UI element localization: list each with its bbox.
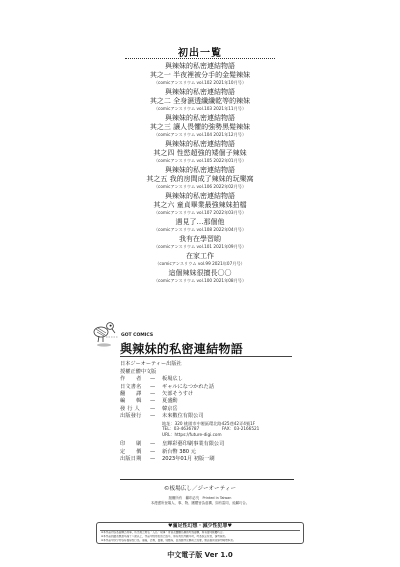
license-note: 授權正體中文版 (120, 369, 305, 377)
divider (120, 356, 292, 357)
bird-mascot-icon (86, 318, 120, 348)
credit-row: 出版發行 — 未來數位有限公司 (120, 413, 305, 420)
credit-row: 發 行 人 — 韓京岳 (120, 406, 305, 413)
publication-item: 與辣妹的私密連結物語 其之二 全身濕透纖纖乾等的辣妹 （comicアンスリウム … (0, 88, 400, 112)
credit-row: 印 刷 — 皇輝彩藝印刷事業有限公司 (120, 441, 305, 448)
divider (120, 479, 294, 480)
credit-key: 日文書名 (120, 384, 150, 391)
credit-row: 翻 譯 — 矢部そうすけ (120, 391, 305, 398)
credit-key: 編 輯 (120, 398, 150, 405)
source-note: （comicアンスリウム vol.104 2021年12月号） (0, 132, 400, 138)
publication-item: 遇見了…那個他 （comicアンスリウム vol.108 2022年04月号） (0, 218, 400, 233)
credit-dash: — (150, 398, 162, 405)
credit-value: 皇輝彩藝印刷事業有限公司 (162, 441, 224, 448)
credit-key: 出版發行 (120, 413, 150, 420)
fax: FAX：03-2166521 (222, 426, 259, 431)
notice-heading: ♥滿足性幻想・減少性犯罪♥ (100, 523, 300, 531)
tel: TEL：03-4636787 (162, 426, 199, 431)
credit-value: 板場広し (162, 376, 183, 383)
source-note: （comicアンスリウム vol.106 2022年02月号） (0, 184, 400, 190)
credit-dash: — (150, 441, 162, 448)
episode-title: 其之三 讓人畏懼的強勢黑髮辣妹 (0, 123, 400, 132)
credit-value: ギャルになつかれた話 (162, 384, 214, 391)
credit-key: 作 者 (120, 376, 150, 383)
credit-row: 日文書名 — ギャルになつかれた話 (120, 384, 305, 391)
credit-value: 2023年01月 初版一刷 (162, 456, 215, 463)
publication-item: 我有在學習喲 （comicアンスリウム vol.101 2021年09月号） (0, 235, 400, 250)
credit-row: 出版日期 — 2023年01月 初版一刷 (120, 456, 305, 463)
book-title: 與辣妹的私密連結物語 (120, 340, 243, 357)
publication-item: 與辣妹的私密連結物語 其之五 我的房間成了辣妹的玩樂窩 （comicアンスリウム… (0, 166, 400, 190)
episode-title: 其之五 我的房間成了辣妹的玩樂窩 (0, 175, 400, 184)
publication-item: 與辣妹的私密連結物語 其之三 讓人畏懼的強勢黑髮辣妹 （comicアンスリウム … (0, 114, 400, 138)
episode-title: 在家工作 (0, 252, 400, 261)
notice-box: ♥滿足性幻想・減少性犯罪♥ ※本作品內容為虛構之故事，所出現之地名・人名・故事・… (96, 522, 304, 544)
credit-dash: — (150, 391, 162, 398)
page-title: 初出一覧 (0, 44, 400, 59)
credit-key: 出版日期 (120, 456, 150, 463)
series-title: 與辣妹的私密連結物語 (0, 192, 400, 201)
version-label: 中文電子版 Ver 1.0 (0, 550, 400, 560)
imprint-label: GOT COMICS (121, 333, 153, 338)
source-note: （comicアンスリウム vol.108 2022年04月号） (0, 227, 400, 233)
episode-title: 我有在學習喲 (0, 235, 400, 244)
credit-dash: — (150, 384, 162, 391)
source-note: （comicアンスリウム vol.99 2021年07月号） (0, 261, 400, 267)
fiction-disclaimer: 本漫畫所登場人、事、物、團體皆為虛構，如有雷同，純屬巧合。 (0, 500, 400, 505)
episode-title: 其之六 童貞畢業最強辣妹拍檔 (0, 201, 400, 210)
credit-dash: — (150, 413, 162, 420)
publication-item: 在家工作 （comicアンスリウム vol.99 2021年07月号） (0, 252, 400, 267)
publication-item: 與辣妹的私密連結物語 其之六 童貞畢業最強辣妹拍檔 （comicアンスリウム v… (0, 192, 400, 216)
source-note: （comicアンスリウム vol.100 2021年08月号） (0, 278, 400, 284)
credit-dash: — (150, 449, 162, 456)
source-note: （comicアンスリウム vol.105 2022年01月号） (0, 158, 400, 164)
dotted-divider (125, 58, 275, 59)
episode-title: 其之一 半夜裡被分手的金髮辣妹 (0, 71, 400, 80)
publication-list: 與辣妹的私密連結物語 其之一 半夜裡被分手的金髮辣妹 （comicアンスリウム … (0, 62, 400, 286)
publication-item: 與辣妹的私密連結物語 其之一 半夜裡被分手的金髮辣妹 （comicアンスリウム … (0, 62, 400, 86)
source-note: （comicアンスリウム vol.103 2021年11月号） (0, 106, 400, 112)
colophon: 日本ジーオーティー出版社 授權正體中文版 作 者 — 板場広し 日文書名 — ギ… (120, 361, 305, 464)
credit-dash: — (150, 406, 162, 413)
credit-dash: — (150, 456, 162, 463)
episode-title: 其之二 全身濕透纖纖乾等的辣妹 (0, 97, 400, 106)
series-title: 與辣妹的私密連結物語 (0, 88, 400, 97)
series-title: 與辣妹的私密連結物語 (0, 166, 400, 175)
credit-row: 作 者 — 板場広し (120, 376, 305, 383)
series-title: 與辣妹的私密連結物語 (0, 140, 400, 149)
source-note: （comicアンスリウム vol.102 2021年10月号） (0, 80, 400, 86)
credit-key: 印 刷 (120, 441, 150, 448)
notice-line: ※本作品中部分內容有描寫性行為，暴露，恐怖，血腥，殘酷等，因為創作及藝術之需要，… (97, 539, 303, 543)
publication-item: 與辣妹的私密連結物語 其之四 性慾超強的矮個子辣妹 （comicアンスリウム v… (0, 140, 400, 164)
credit-row: 編 輯 — 夏盛勳 (120, 398, 305, 405)
source-note: （comicアンスリウム vol.101 2021年09月号） (0, 244, 400, 250)
copyright: ©板場広し／ジーオーティー (0, 484, 400, 492)
series-title: 與辣妹的私密連結物語 (0, 62, 400, 71)
website-url: URL：https://future-digi.com (120, 432, 305, 438)
credit-value: 夏盛勳 (162, 398, 178, 405)
episode-title: 遇見了…那個他 (0, 218, 400, 227)
episode-title: 這個辣妹很擅長〇〇 (0, 269, 400, 278)
credit-dash: — (150, 376, 162, 383)
series-title: 與辣妹的私密連結物語 (0, 114, 400, 123)
source-note: （comicアンスリウム vol.107 2022年03月号） (0, 210, 400, 216)
credit-value: 未來數位有限公司 (162, 413, 204, 420)
publication-item: 這個辣妹很擅長〇〇 （comicアンスリウム vol.100 2021年08月号… (0, 269, 400, 284)
episode-title: 其之四 性慾超強的矮個子辣妹 (0, 149, 400, 158)
publisher-jp: 日本ジーオーティー出版社 (120, 361, 305, 369)
